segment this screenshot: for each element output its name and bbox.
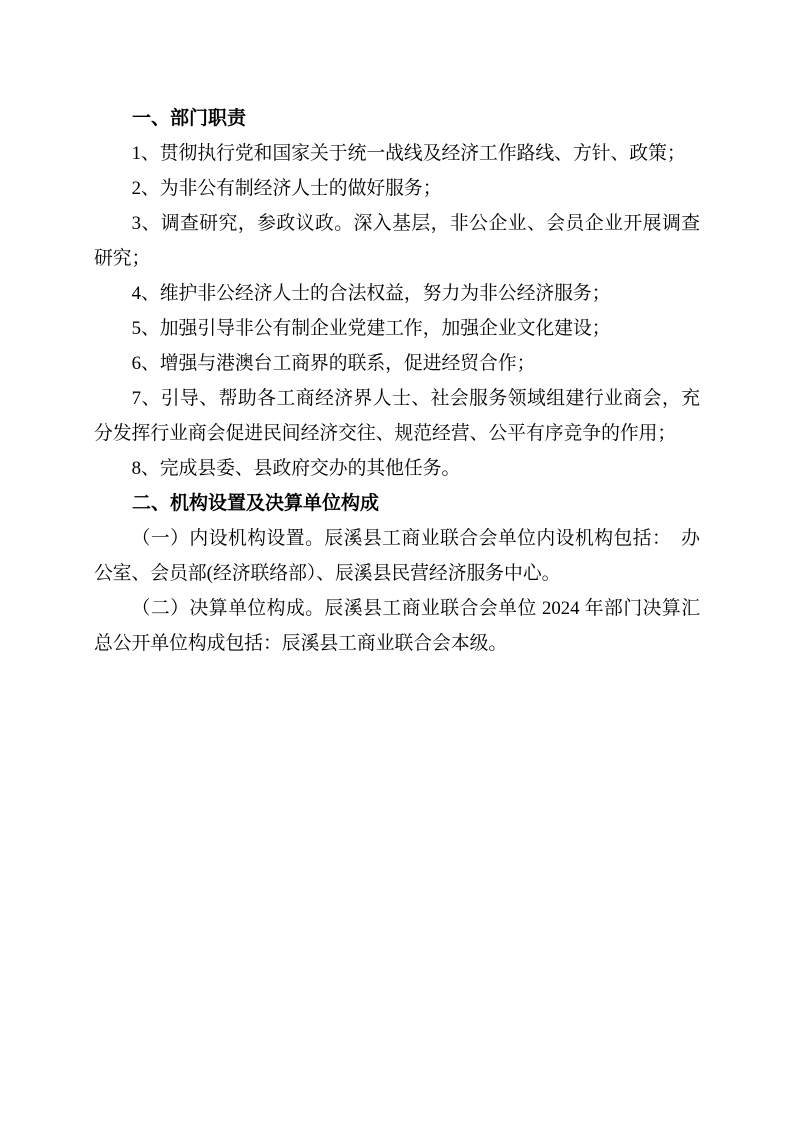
duty-item-8: 8、完成县委、县政府交办的其他任务。 — [94, 451, 700, 486]
duty-item-5: 5、加强引导非公有制企业党建工作，加强企业文化建设； — [94, 311, 700, 346]
structure-item-final-accounts-unit: （二）决算单位构成。辰溪县工商业联合会单位 2024 年部门决算汇总公开单位构成… — [94, 591, 700, 661]
duty-item-6: 6、增强与港澳台工商界的联系，促进经贸合作； — [94, 346, 700, 381]
duty-item-3: 3、调查研究，参政议政。深入基层，非公企业、会员企业开展调查研究； — [94, 206, 700, 276]
section-heading-department-duties: 一、部门职责 — [94, 101, 700, 136]
document-page: 一、部门职责 1、贯彻执行党和国家关于统一战线及经济工作路线、方针、政策； 2、… — [0, 0, 793, 1122]
duty-item-7: 7、引导、帮助各工商经济界人士、社会服务领域组建行业商会，充分发挥行业商会促进民… — [94, 381, 700, 451]
structure-item-internal-org: （一）内设机构设置。辰溪县工商业联合会单位内设机构包括： 办公室、会员部(经济联… — [94, 521, 700, 591]
section-heading-organization-structure: 二、机构设置及决算单位构成 — [94, 486, 700, 521]
duty-item-1: 1、贯彻执行党和国家关于统一战线及经济工作路线、方针、政策； — [94, 136, 700, 171]
duty-item-2: 2、为非公有制经济人士的做好服务； — [94, 171, 700, 206]
duty-item-4: 4、维护非公经济人士的合法权益，努力为非公经济服务； — [94, 276, 700, 311]
